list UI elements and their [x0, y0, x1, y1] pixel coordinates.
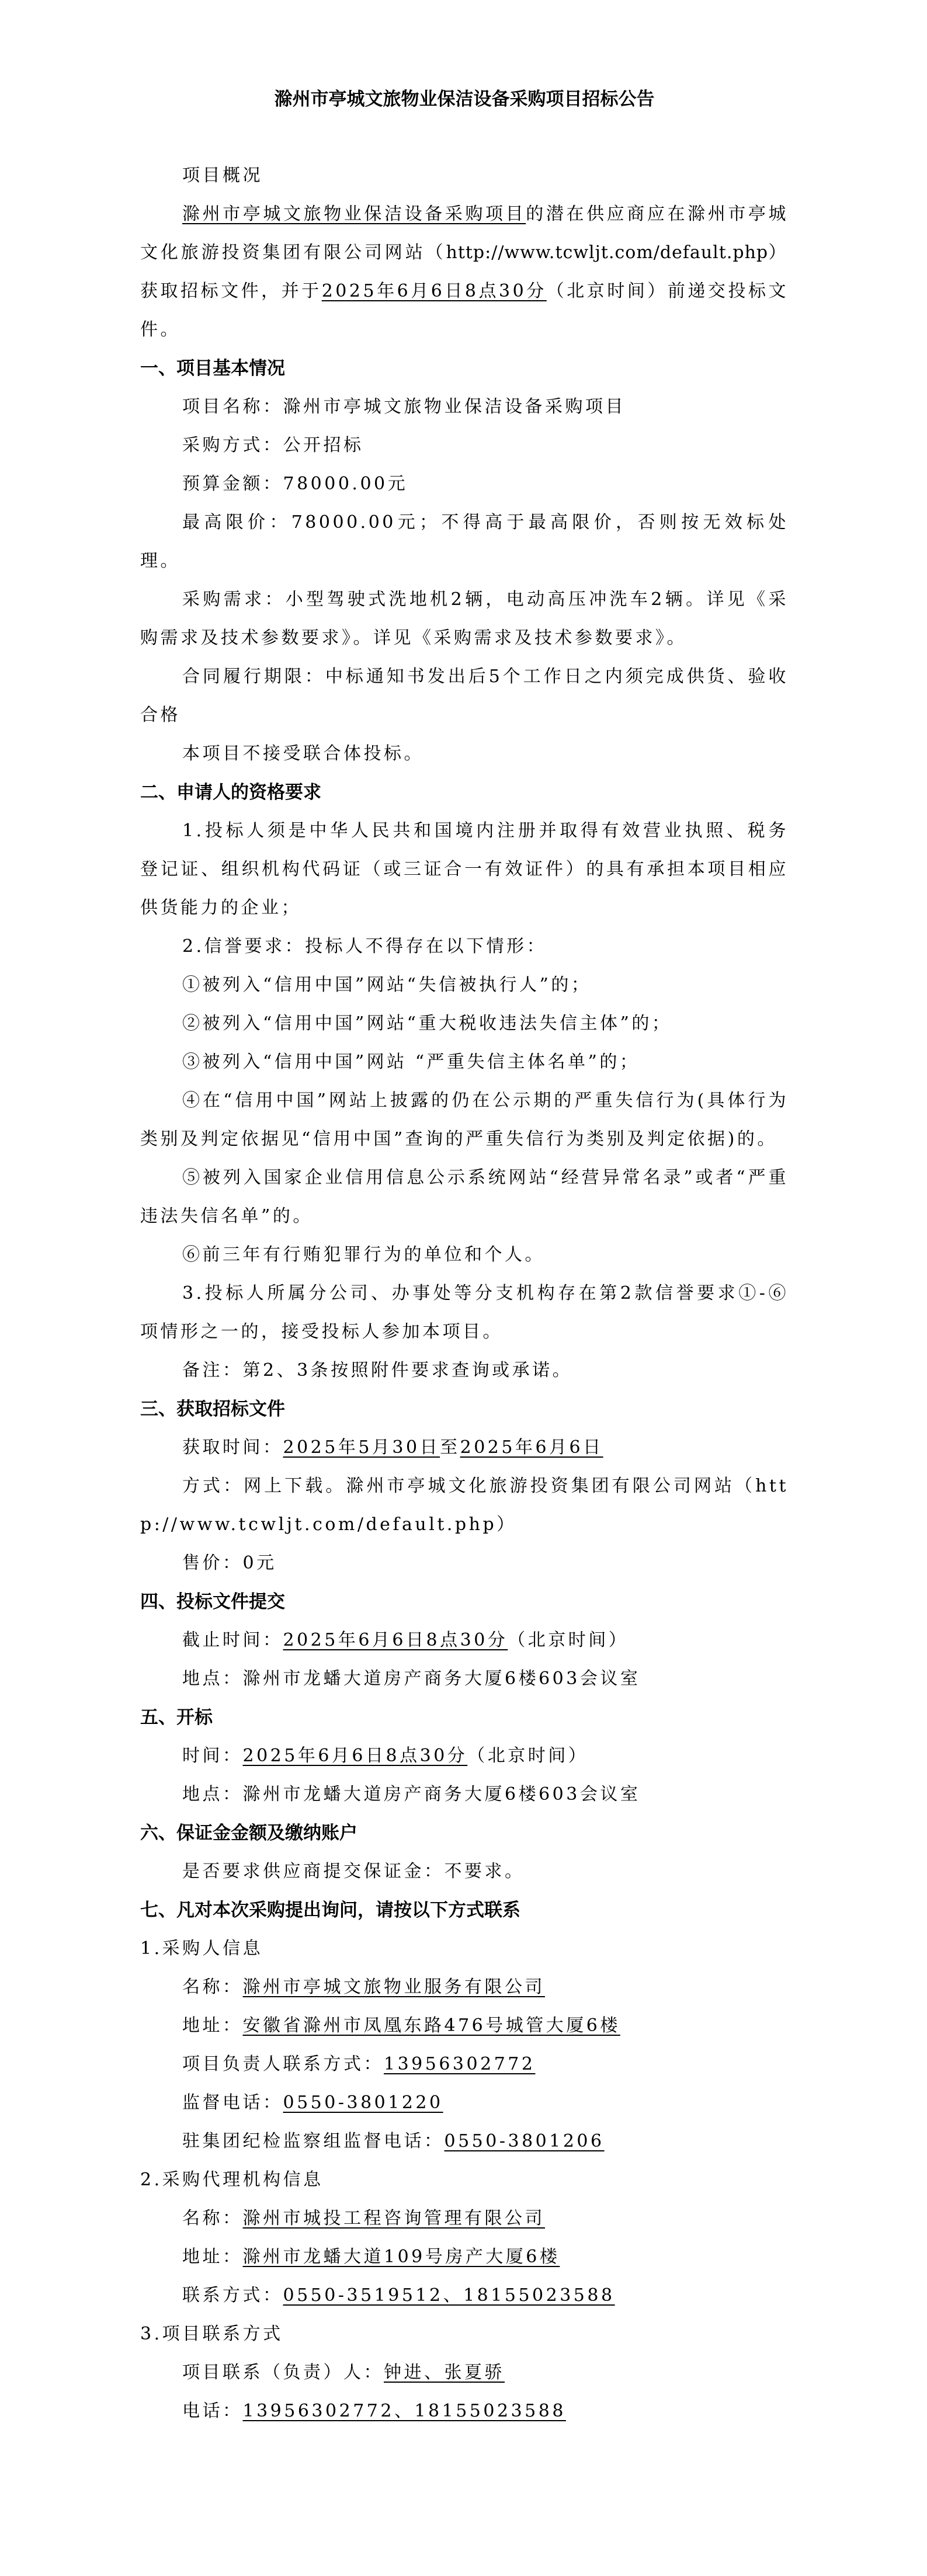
discipline-phone-value: 0550-3801206: [445, 2131, 605, 2151]
section-4-heading: 四、投标文件提交: [140, 1583, 789, 1621]
agency-contact-row: 联系方式：0550-3519512、18155023588: [140, 2276, 789, 2315]
agency-address-row: 地址：滁州市龙蟠大道109号房产大厦6楼: [140, 2238, 789, 2276]
agency-address-label: 地址：: [182, 2247, 243, 2267]
opening-location-row: 地点：滁州市龙蟠大道房产商务大厦6楼603会议室: [140, 1775, 789, 1814]
discipline-phone-label: 驻集团纪检监察组监督电话：: [182, 2131, 445, 2151]
submit-location-row: 地点：滁州市龙蟠大道房产商务大厦6楼603会议室: [140, 1660, 789, 1698]
qualification-item-1: 1.投标人须是中华人民共和国境内注册并取得有效营业执照、税务登记证、组织机构代码…: [140, 812, 789, 927]
obtain-price-row: 售价：0元: [140, 1544, 789, 1583]
section-5-heading: 五、开标: [140, 1698, 789, 1737]
method-row: 采购方式：公开招标: [140, 426, 789, 465]
section-7-heading: 七、凡对本次采购提出询问，请按以下方式联系: [140, 1891, 789, 1930]
obtain-method-row: 方式：网上下载。滁州市亭城文化旅游投资集团有限公司网站（http://www.t…: [140, 1467, 789, 1544]
purchaser-address-value: 安徽省滁州市凤凰东路476号城管大厦6楼: [243, 2015, 620, 2036]
agency-contact-label: 联系方式：: [182, 2285, 283, 2306]
project-contact-person-label: 项目联系（负责）人：: [182, 2362, 384, 2383]
purchaser-heading: 1.采购人信息: [140, 1930, 789, 1968]
section-2-heading: 二、申请人的资格要求: [140, 773, 789, 812]
opening-time-label: 时间：: [182, 1746, 243, 1766]
qualification-note: 备注：第2、3条按照附件要求查询或承诺。: [140, 1351, 789, 1390]
purchaser-name-value: 滁州市亭城文旅物业服务有限公司: [243, 1977, 546, 1997]
project-contact-person-row: 项目联系（负责）人：钟进、张夏骄: [140, 2353, 789, 2392]
consortium-row: 本项目不接受联合体投标。: [140, 735, 789, 773]
submit-deadline-suffix: （北京时间）: [508, 1630, 629, 1650]
credit-condition-4: ④在“信用中国”网站上披露的仍在公示期的严重失信行为(具体行为类别及判定依据见“…: [140, 1082, 789, 1159]
section-6-heading: 六、保证金金额及缴纳账户: [140, 1814, 789, 1852]
agency-name-label: 名称：: [182, 2208, 243, 2229]
purchaser-address-row: 地址：安徽省滁州市凤凰东路476号城管大厦6楼: [140, 2007, 789, 2045]
method-value: 公开招标: [283, 435, 364, 456]
project-contact-phone-value: 13956302772、18155023588: [243, 2401, 566, 2421]
credit-condition-2: ②被列入“信用中国”网站“重大税收违法失信主体”的；: [140, 1004, 789, 1043]
credit-condition-5: ⑤被列入国家企业信用信息公示系统网站“经营异常名录”或者“严重违法失信名单”的。: [140, 1159, 789, 1236]
obtain-price-value: 0元: [243, 1553, 277, 1573]
obtain-time-label: 获取时间：: [182, 1437, 283, 1458]
section-1-heading: 一、项目基本情况: [140, 349, 789, 388]
obtain-method-label: 方式：: [182, 1476, 244, 1496]
agency-name-row: 名称：滁州市城投工程咨询管理有限公司: [140, 2199, 789, 2238]
section-3-heading: 三、获取招标文件: [140, 1390, 789, 1428]
submit-location-label: 地点：: [182, 1668, 243, 1689]
project-contact-person-value: 钟进、张夏骄: [384, 2362, 505, 2383]
opening-time-suffix: （北京时间）: [467, 1746, 588, 1766]
project-contact-phone-row: 电话：13956302772、18155023588: [140, 2392, 789, 2431]
obtain-price-label: 售价：: [182, 1553, 243, 1573]
purchaser-contact-value: 13956302772: [384, 2054, 535, 2074]
purchaser-name-row: 名称：滁州市亭城文旅物业服务有限公司: [140, 1968, 789, 2007]
agency-contact-value: 0550-3519512、18155023588: [283, 2285, 615, 2306]
overview-url[interactable]: http://www.tcwljt.com/default.php: [446, 242, 769, 263]
purchaser-address-label: 地址：: [182, 2015, 243, 2036]
budget-value: 78000.00元: [283, 474, 408, 494]
purchaser-contact-label: 项目负责人联系方式：: [182, 2054, 384, 2074]
overview-label: 项目概况: [140, 157, 789, 195]
method-label: 采购方式：: [182, 435, 283, 456]
page-title: 滁州市亭城文旅物业保洁设备采购项目招标公告: [140, 88, 789, 111]
demand-label: 采购需求：: [182, 589, 286, 610]
deposit-row: 是否要求供应商提交保证金：不要求。: [140, 1852, 789, 1891]
qualification-item-3: 3.投标人所属分公司、办事处等分支机构存在第2款信誉要求①-⑥项情形之一的，接受…: [140, 1274, 789, 1351]
contract-label: 合同履行期限：: [182, 666, 325, 687]
overview-deadline: 2025年6月6日8点30分: [322, 281, 547, 301]
overview-project-name: 滁州市亭城文旅物业保洁设备采购项目: [182, 204, 526, 224]
opening-location-value: 滁州市龙蟠大道房产商务大厦6楼603会议室: [243, 1784, 641, 1805]
project-contact-heading: 3.项目联系方式: [140, 2315, 789, 2353]
submit-deadline-value: 2025年6月6日8点30分: [283, 1630, 508, 1650]
project-name-label: 项目名称：: [182, 397, 283, 417]
overview-paragraph: 滁州市亭城文旅物业保洁设备采购项目的潜在供应商应在滁州市亭城文化旅游投资集团有限…: [140, 195, 789, 349]
max-price-label: 最高限价：: [182, 512, 291, 533]
announcement-body: 项目概况 滁州市亭城文旅物业保洁设备采购项目的潜在供应商应在滁州市亭城文化旅游投…: [140, 157, 789, 2431]
agency-heading: 2.采购代理机构信息: [140, 2161, 789, 2199]
credit-condition-6: ⑥前三年有行贿犯罪行为的单位和个人。: [140, 1236, 789, 1274]
opening-time-row: 时间：2025年6月6日8点30分（北京时间）: [140, 1737, 789, 1775]
project-name-value: 滁州市亭城文旅物业保洁设备采购项目: [283, 397, 626, 417]
submit-deadline-label: 截止时间：: [182, 1630, 283, 1650]
supervision-phone-row: 监督电话：0550-3801220: [140, 2084, 789, 2122]
agency-name-value: 滁州市城投工程咨询管理有限公司: [243, 2208, 546, 2229]
credit-condition-1: ①被列入“信用中国”网站“失信被执行人”的；: [140, 966, 789, 1004]
discipline-phone-row: 驻集团纪检监察组监督电话：0550-3801206: [140, 2122, 789, 2161]
submit-deadline-row: 截止时间：2025年6月6日8点30分（北京时间）: [140, 1621, 789, 1660]
opening-location-label: 地点：: [182, 1784, 243, 1805]
obtain-time-end: 2025年6月6日: [460, 1437, 603, 1458]
obtain-time-row: 获取时间：2025年5月30日至2025年6月6日: [140, 1428, 789, 1467]
project-name-row: 项目名称：滁州市亭城文旅物业保洁设备采购项目: [140, 388, 789, 426]
purchaser-contact-row: 项目负责人联系方式：13956302772: [140, 2045, 789, 2084]
agency-address-value: 滁州市龙蟠大道109号房产大厦6楼: [243, 2247, 560, 2267]
credit-condition-3: ③被列入“信用中国”网站 “严重失信主体名单”的；: [140, 1043, 789, 1082]
max-price-row: 最高限价：78000.00元；不得高于最高限价，否则按无效标处理。: [140, 503, 789, 580]
budget-label: 预算金额：: [182, 474, 283, 494]
project-contact-phone-label: 电话：: [182, 2401, 243, 2421]
purchaser-name-label: 名称：: [182, 1977, 243, 1997]
submit-location-value: 滁州市龙蟠大道房产商务大厦6楼603会议室: [243, 1668, 641, 1689]
obtain-time-to: 至: [440, 1437, 460, 1458]
qualification-item-2: 2.信誉要求：投标人不得存在以下情形：: [140, 927, 789, 966]
obtain-time-start: 2025年5月30日: [283, 1437, 440, 1458]
supervision-phone-value: 0550-3801220: [283, 2092, 443, 2113]
supervision-phone-label: 监督电话：: [182, 2092, 283, 2113]
budget-row: 预算金额：78000.00元: [140, 465, 789, 503]
contract-row: 合同履行期限：中标通知书发出后5个工作日之内须完成供货、验收合格: [140, 658, 789, 735]
demand-row: 采购需求：小型驾驶式洗地机2辆，电动高压冲洗车2辆。详见《采购需求及技术参数要求…: [140, 580, 789, 658]
opening-time-value: 2025年6月6日8点30分: [243, 1746, 468, 1766]
